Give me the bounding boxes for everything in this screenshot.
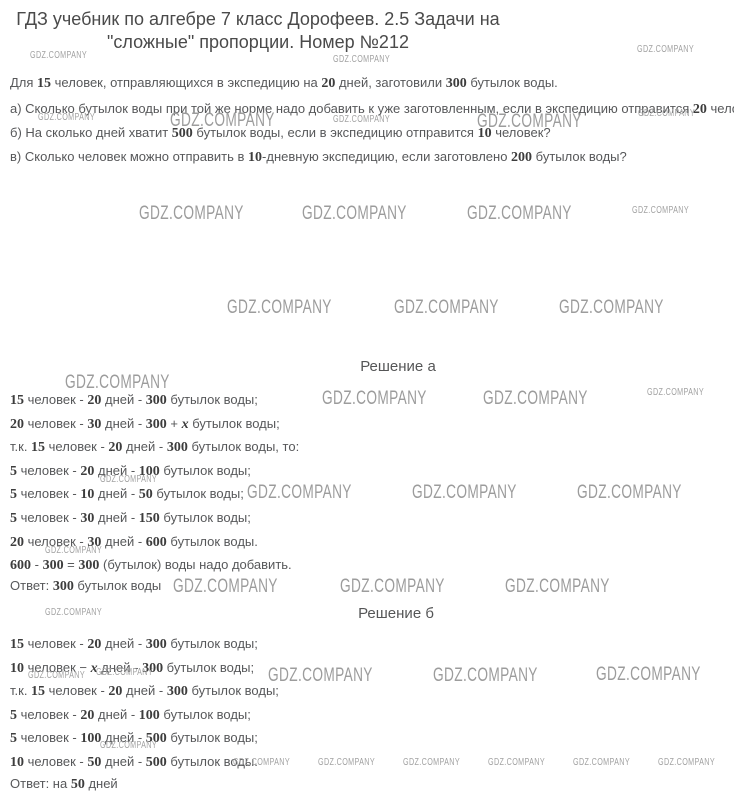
- math-number: 10: [10, 755, 24, 770]
- solution-line: 5 человек - 30 дней - 150 бутылок воды;: [10, 506, 299, 530]
- watermark: GDZ.COMPANY: [100, 741, 157, 751]
- watermark: GDZ.COMPANY: [65, 373, 170, 392]
- math-number: 200: [511, 150, 532, 165]
- watermark: GDZ.COMPANY: [268, 666, 373, 685]
- watermark: GDZ.COMPANY: [28, 671, 85, 681]
- watermark: GDZ.COMPANY: [96, 668, 153, 678]
- solution-line: 600 - 300 = 300 (бутылок) воды надо доба…: [10, 553, 299, 577]
- watermark: GDZ.COMPANY: [333, 115, 390, 125]
- watermark: GDZ.COMPANY: [38, 113, 95, 123]
- math-number: 300: [146, 417, 167, 432]
- watermark: GDZ.COMPANY: [233, 758, 290, 768]
- math-number: 300: [78, 558, 99, 573]
- page-title: ГДЗ учебник по алгебре 7 класс Дорофеев.…: [0, 8, 516, 54]
- watermark: GDZ.COMPANY: [412, 483, 517, 502]
- watermark: GDZ.COMPANY: [647, 388, 704, 398]
- math-number: 5: [10, 464, 17, 479]
- solution-b-heading: Решение б: [358, 605, 434, 622]
- problem-item: в) Сколько человек можно отправить в 10-…: [10, 145, 734, 169]
- watermark: GDZ.COMPANY: [433, 666, 538, 685]
- math-number: 5: [10, 511, 17, 526]
- watermark: GDZ.COMPANY: [559, 298, 664, 317]
- math-number: 600: [10, 558, 31, 573]
- watermark: GDZ.COMPANY: [477, 112, 582, 131]
- watermark: GDZ.COMPANY: [637, 45, 694, 55]
- math-number: 15: [37, 76, 51, 91]
- math-number: 30: [87, 417, 101, 432]
- math-number: 300: [53, 579, 74, 594]
- watermark: GDZ.COMPANY: [322, 389, 427, 408]
- math-number: 300: [146, 637, 167, 652]
- solution-line: 15 человек - 20 дней - 300 бутылок воды;: [10, 632, 279, 656]
- watermark: GDZ.COMPANY: [170, 111, 275, 130]
- watermark: GDZ.COMPANY: [483, 389, 588, 408]
- math-number: 5: [10, 731, 17, 746]
- math-number: 600: [146, 535, 167, 550]
- math-number: 15: [10, 637, 24, 652]
- watermark: GDZ.COMPANY: [488, 758, 545, 768]
- solution-line: т.к. 15 человек - 20 дней - 300 бутылок …: [10, 435, 299, 459]
- solution-line: т.к. 15 человек - 20 дней - 300 бутылок …: [10, 679, 279, 703]
- math-number: 20: [80, 464, 94, 479]
- solution-b-lines: 15 человек - 20 дней - 300 бутылок воды;…: [10, 632, 279, 774]
- watermark: GDZ.COMPANY: [403, 758, 460, 768]
- math-number: 100: [139, 708, 160, 723]
- math-number: 300: [446, 76, 467, 91]
- solution-a-answer: Ответ: 300 бутылок воды: [10, 578, 161, 595]
- watermark: GDZ.COMPANY: [173, 577, 278, 596]
- math-number: 30: [80, 511, 94, 526]
- math-number: 20: [80, 708, 94, 723]
- math-number: 20: [108, 440, 122, 455]
- watermark: GDZ.COMPANY: [505, 577, 610, 596]
- math-number: 500: [146, 755, 167, 770]
- watermark: GDZ.COMPANY: [577, 483, 682, 502]
- watermark: GDZ.COMPANY: [467, 204, 572, 223]
- math-number: 300: [167, 684, 188, 699]
- watermark: GDZ.COMPANY: [100, 475, 157, 485]
- solution-line: 20 человек - 30 дней - 300 + x бутылок в…: [10, 412, 299, 436]
- watermark: GDZ.COMPANY: [302, 204, 407, 223]
- watermark: GDZ.COMPANY: [139, 204, 244, 223]
- watermark: GDZ.COMPANY: [318, 758, 375, 768]
- solution-line: 5 человек - 20 дней - 100 бутылок воды;: [10, 703, 279, 727]
- watermark: GDZ.COMPANY: [45, 546, 102, 556]
- watermark: GDZ.COMPANY: [45, 608, 102, 618]
- math-number: 300: [146, 393, 167, 408]
- math-variable-x: x: [182, 417, 189, 432]
- math-number: 15: [10, 393, 24, 408]
- math-number: 5: [10, 487, 17, 502]
- math-number: 20: [321, 76, 335, 91]
- math-number: 20: [87, 637, 101, 652]
- watermark: GDZ.COMPANY: [247, 483, 352, 502]
- math-number: 10: [10, 661, 24, 676]
- solution-a-heading: Решение а: [360, 358, 436, 375]
- math-number: 20: [108, 684, 122, 699]
- math-number: 5: [10, 708, 17, 723]
- math-number: 50: [71, 777, 85, 792]
- watermark: GDZ.COMPANY: [573, 758, 630, 768]
- math-number: 15: [31, 684, 45, 699]
- math-number: 150: [139, 511, 160, 526]
- watermark: GDZ.COMPANY: [394, 298, 499, 317]
- watermark: GDZ.COMPANY: [227, 298, 332, 317]
- math-number: 50: [139, 487, 153, 502]
- math-number: 300: [167, 440, 188, 455]
- math-number: 10: [248, 150, 262, 165]
- watermark: GDZ.COMPANY: [638, 109, 695, 119]
- math-number: 50: [87, 755, 101, 770]
- watermark: GDZ.COMPANY: [30, 51, 87, 61]
- math-number: 20: [10, 417, 24, 432]
- page: ГДЗ учебник по алгебре 7 класс Дорофеев.…: [0, 0, 734, 804]
- watermark: GDZ.COMPANY: [596, 665, 701, 684]
- watermark: GDZ.COMPANY: [658, 758, 715, 768]
- math-number: 300: [43, 558, 64, 573]
- page-title-line-1: ГДЗ учебник по алгебре 7 класс Дорофеев.…: [0, 8, 516, 31]
- solution-b-answer: Ответ: на 50 дней: [10, 776, 118, 793]
- math-number: 100: [80, 731, 101, 746]
- math-number: 10: [80, 487, 94, 502]
- watermark: GDZ.COMPANY: [632, 206, 689, 216]
- watermark: GDZ.COMPANY: [333, 55, 390, 65]
- math-number: 20: [10, 535, 24, 550]
- problem-intro: Для 15 человек, отправляющихся в экспеди…: [10, 71, 734, 95]
- math-number: 20: [87, 393, 101, 408]
- math-number: 15: [31, 440, 45, 455]
- watermark: GDZ.COMPANY: [340, 577, 445, 596]
